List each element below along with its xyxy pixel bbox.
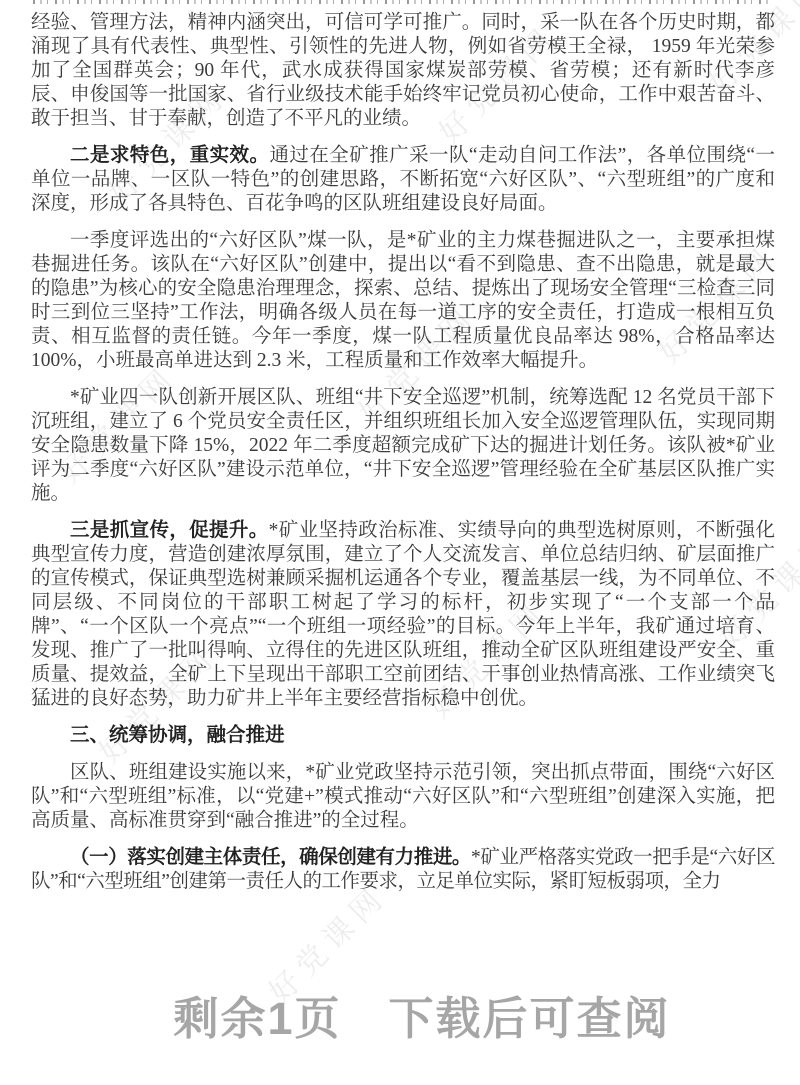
paragraph-text: 区队、班组建设实施以来，*矿业党政坚持示范引领，突出抓点带面，围绕“六好区队”和…	[31, 762, 775, 831]
paragraph-patrol-team: *矿业四一队创新开展区队、班组“井下安全巡逻”机制，统筹选配 12 名党员干部下…	[31, 386, 775, 506]
paragraph-text: *矿业坚持政治标准、实绩导向的典型选树原则，不断强化典型宣传力度，营造创建浓厚氛…	[31, 520, 775, 709]
remaining-pages-banner: 剩余1页下载后可查阅	[0, 982, 800, 1047]
paragraph-coal-team: 一季度评选出的“六好区队”煤一队，是*矿业的主力煤巷掘进队之一，主要承担煤巷掘进…	[31, 229, 775, 373]
clipped-text-top	[33, 0, 773, 4]
paragraph-continuation: 经验、管理方法，精神内涵突出，可信可学可推广。同时，采一队在各个历史时期，都涌现…	[31, 11, 775, 131]
paragraph-text: *矿业四一队创新开展区队、班组“井下安全巡逻”机制，统筹选配 12 名党员干部下…	[31, 387, 775, 504]
paragraph-coordination: 区队、班组建设实施以来，*矿业党政坚持示范引领，突出抓点带面，围绕“六好区队”和…	[31, 761, 775, 833]
document-page: 经验、管理方法，精神内涵突出，可信可学可推广。同时，采一队在各个历史时期，都涌现…	[31, 0, 775, 907]
paragraph-point-three: 三是抓宣传，促提升。*矿业坚持政治标准、实绩导向的典型选树原则，不断强化典型宣传…	[31, 519, 775, 711]
section-heading-text: 三、统筹协调，融合推进	[70, 725, 285, 746]
paragraph-responsibility: （一）落实创建主体责任，确保创建有力推进。*矿业严格落实党政一把手是“六好区队”…	[31, 846, 775, 894]
paragraph-point-two: 二是求特色，重实效。通过在全矿推广采一队“走动自问工作法”，各单位围绕“一单位一…	[31, 144, 775, 216]
paragraph-lead-bold: （一）落实创建主体责任，确保创建有力推进。	[70, 847, 471, 868]
remaining-pages-label: 剩余1页	[173, 993, 341, 1044]
download-hint-label: 下载后可查阅	[389, 993, 671, 1044]
paragraph-lead-bold: 二是求特色，重实效。	[70, 145, 269, 166]
paragraph-lead-bold: 三是抓宣传，促提升。	[70, 520, 269, 541]
section-heading: 三、统筹协调，融合推进	[31, 724, 775, 748]
paragraph-text: 一季度评选出的“六好区队”煤一队，是*矿业的主力煤巷掘进队之一，主要承担煤巷掘进…	[31, 230, 775, 371]
paragraph-text: 经验、管理方法，精神内涵突出，可信可学可推广。同时，采一队在各个历史时期，都涌现…	[31, 12, 775, 129]
